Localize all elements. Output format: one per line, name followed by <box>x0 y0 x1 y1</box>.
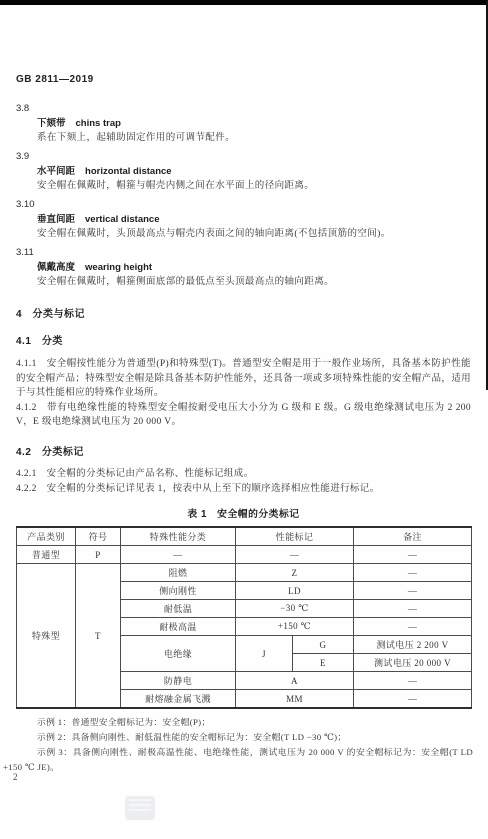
term-block: 3.9 水平间距horizontal distance 安全帽在佩戴时，帽箍与帽… <box>16 149 471 194</box>
cell-note: — <box>354 582 472 600</box>
term-definition: 安全帽在佩戴时，头顶最高点与帽壳内表面之间的轴向距离(不包括顶筋的空间)。 <box>16 227 471 242</box>
cell-classification: 防静电 <box>121 672 236 690</box>
term-en: chins trap <box>76 118 121 129</box>
term-en: horizontal distance <box>85 166 172 177</box>
document-page: GB 2811—2019 3.8 下颏带chins trap 系在下颏上，起辅助… <box>0 0 488 839</box>
term-title: 水平间距horizontal distance <box>16 164 471 179</box>
clause-number: 3.9 <box>16 149 471 164</box>
cell-grade: E <box>293 654 354 672</box>
terms-section: 3.8 下颏带chins trap 系在下颏上，起辅助固定作用的可调节配件。 3… <box>16 101 471 290</box>
cell-mark: −30 ℃ <box>236 600 354 618</box>
table-row-ordinary: 普通型 P — — — <box>17 546 472 564</box>
term-zh: 佩戴高度 <box>37 262 75 273</box>
section-heading-42: 4.2 分类标记 <box>16 445 471 460</box>
clause-paragraph-421: 4.2.1 安全帽的分类标记由产品名称、性能标记组成。 <box>16 467 471 482</box>
cell-classification: 电绝缘 <box>121 636 236 672</box>
term-en: vertical distance <box>85 214 159 225</box>
examples-section: 示例 1：普通型安全帽标记为：安全帽(P)； 示例 2：具备侧向刚性、耐低温性能… <box>16 715 471 775</box>
watermark-blob <box>125 796 155 820</box>
header-mark: 性能标记 <box>236 527 354 546</box>
term-en: wearing height <box>85 262 152 273</box>
standard-number: GB 2811—2019 <box>16 72 471 87</box>
term-zh: 下颏带 <box>37 118 66 129</box>
example-note-3: 示例 3：具备侧向刚性、耐极高温性能、电绝缘性能，测试电压为 20 000 V … <box>3 745 473 775</box>
page-number: 2 <box>13 772 18 782</box>
clause-paragraph-422: 4.2.2 安全帽的分类标记详见表 1，按表中从上至下的顺序选择相应性能进行标记… <box>16 482 471 497</box>
cell-note: — <box>354 618 472 636</box>
cell-classification: 耐极高温 <box>121 618 236 636</box>
header-classification: 特殊性能分类 <box>121 527 236 546</box>
term-definition: 安全帽在佩戴时，帽箍侧面底部的最低点至头顶最高点的轴向距离。 <box>16 275 471 290</box>
cell-mark: A <box>236 672 354 690</box>
cell-note: — <box>354 546 472 564</box>
term-block: 3.10 垂直间距vertical distance 安全帽在佩戴时，头顶最高点… <box>16 197 471 242</box>
header-symbol: 符号 <box>76 527 121 546</box>
cell-grade: G <box>293 636 354 654</box>
cell-category: 普通型 <box>17 546 76 564</box>
clause-number: 3.10 <box>16 197 471 212</box>
header-category: 产品类别 <box>17 527 76 546</box>
chapter-heading: 4 分类与标记 <box>16 307 471 322</box>
table-title: 表 1 安全帽的分类标记 <box>16 507 471 522</box>
classification-table: 产品类别 符号 特殊性能分类 性能标记 备注 普通型 P — — — 特殊型 T… <box>16 526 472 709</box>
clause-number: 3.8 <box>16 101 471 116</box>
cell-mark: +150 ℃ <box>236 618 354 636</box>
scan-top-bar <box>0 0 488 5</box>
table-header-row: 产品类别 符号 特殊性能分类 性能标记 备注 <box>17 527 472 546</box>
cell-note: 测试电压 2 200 V <box>354 636 472 654</box>
cell-mark: Z <box>236 564 354 582</box>
cell-classification: 耐熔融金属飞溅 <box>121 690 236 709</box>
cell-mark: — <box>236 546 354 564</box>
term-block: 3.11 佩戴高度wearing height 安全帽在佩戴时，帽箍侧面底部的最… <box>16 245 471 290</box>
cell-mark: LD <box>236 582 354 600</box>
clause-paragraph-411: 4.1.1 安全帽按性能分为普通型(P)和特殊型(T)。普通型安全帽是用于一般作… <box>16 357 471 401</box>
term-title: 佩戴高度wearing height <box>16 260 471 275</box>
cell-category-special: 特殊型 <box>17 564 76 709</box>
example-note-2: 示例 2：具备侧向刚性、耐低温性能的安全帽标记为：安全帽(T LD −30 ℃)… <box>16 730 471 745</box>
header-note: 备注 <box>354 527 472 546</box>
page-content: GB 2811—2019 3.8 下颏带chins trap 系在下颏上，起辅助… <box>16 72 471 775</box>
cell-classification: — <box>121 546 236 564</box>
example-note-1: 示例 1：普通型安全帽标记为：安全帽(P)； <box>16 715 471 730</box>
clause-number: 3.11 <box>16 245 471 260</box>
cell-classification: 耐低温 <box>121 600 236 618</box>
cell-symbol: P <box>76 546 121 564</box>
term-block: 3.8 下颏带chins trap 系在下颏上，起辅助固定作用的可调节配件。 <box>16 101 471 146</box>
term-definition: 系在下颏上，起辅助固定作用的可调节配件。 <box>16 131 471 146</box>
table-row: 特殊型 T 阻燃 Z — <box>17 564 472 582</box>
cell-mark: MM <box>236 690 354 709</box>
cell-symbol-special: T <box>76 564 121 709</box>
cell-note: — <box>354 564 472 582</box>
cell-mark-j: J <box>236 636 293 672</box>
clause-paragraph-412: 4.1.2 带有电绝缘性能的特殊型安全帽按耐受电压大小分为 G 级和 E 级。G… <box>16 401 471 430</box>
cell-note: 测试电压 20 000 V <box>354 654 472 672</box>
cell-note: — <box>354 672 472 690</box>
cell-note: — <box>354 600 472 618</box>
term-zh: 水平间距 <box>37 166 75 177</box>
term-title: 下颏带chins trap <box>16 116 471 131</box>
cell-classification: 阻燃 <box>121 564 236 582</box>
cell-classification: 侧向刚性 <box>121 582 236 600</box>
section-heading-41: 4.1 分类 <box>16 334 471 349</box>
cell-note: — <box>354 690 472 709</box>
term-title: 垂直间距vertical distance <box>16 212 471 227</box>
term-zh: 垂直间距 <box>37 214 75 225</box>
term-definition: 安全帽在佩戴时，帽箍与帽壳内侧之间在水平面上的径向距离。 <box>16 179 471 194</box>
